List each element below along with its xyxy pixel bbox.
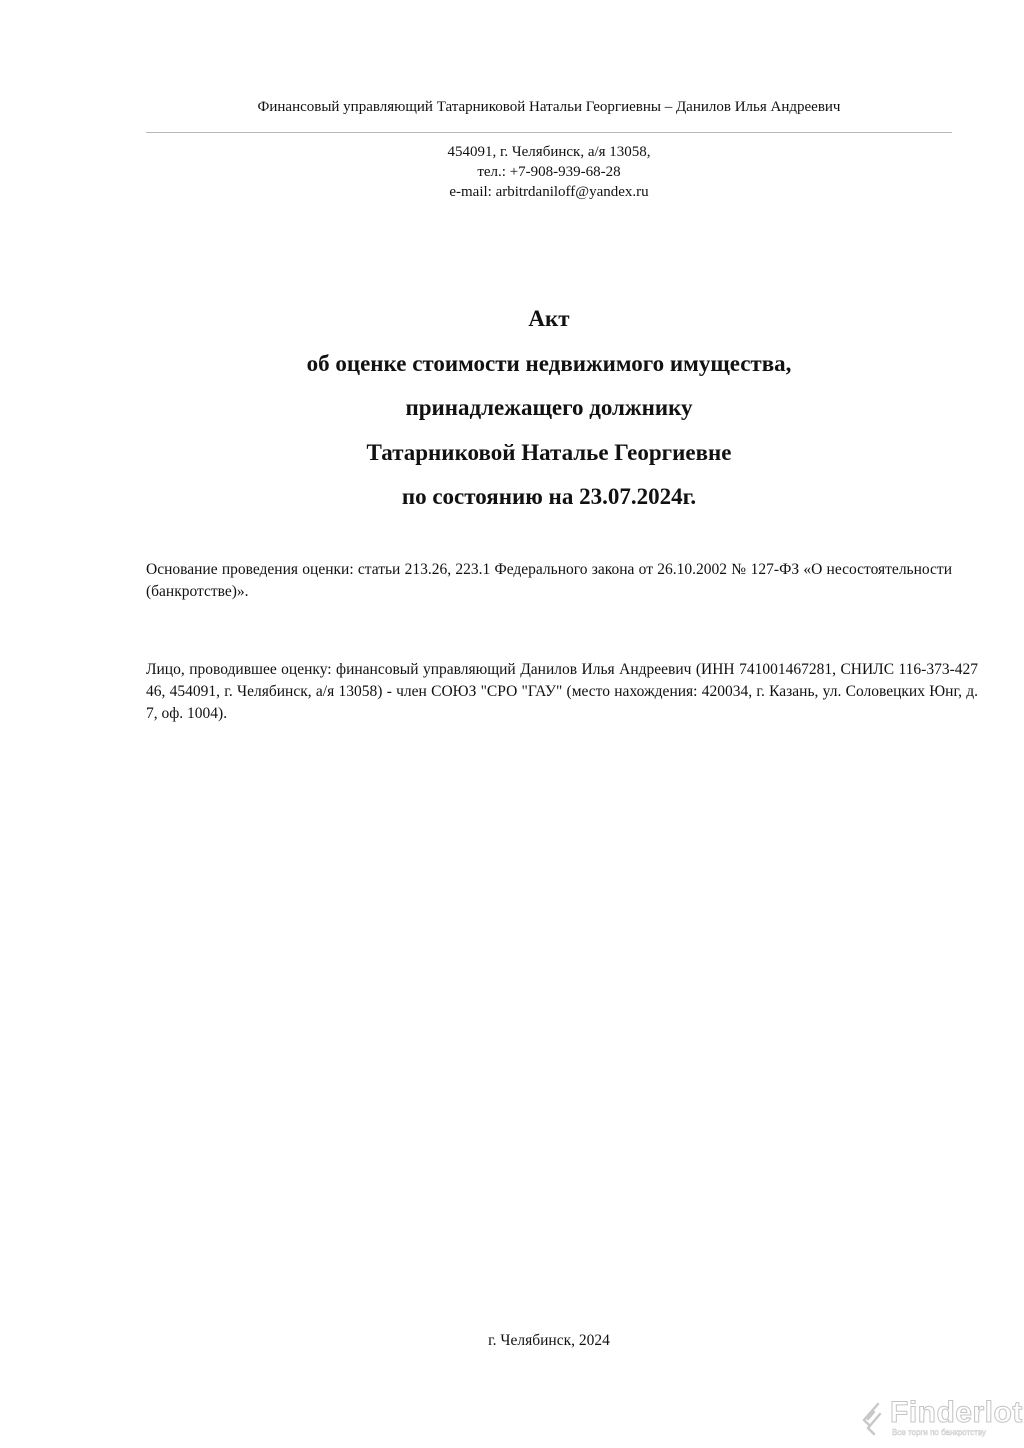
title-line-3: принадлежащего должнику xyxy=(146,386,952,431)
watermark-name: Finderlot xyxy=(890,1396,1023,1430)
header-title: Финансовый управляющий Татарниковой Ната… xyxy=(146,99,952,116)
title-line-4: Татарниковой Наталье Георгиевне xyxy=(146,431,952,476)
contact-block: 454091, г. Челябинск, а/я 13058, тел.: +… xyxy=(146,142,952,202)
finderlot-logo-icon xyxy=(860,1402,886,1436)
place-year: г. Челябинск, 2024 xyxy=(146,1332,952,1350)
phone: тел.: +7-908-939-68-28 xyxy=(146,162,952,182)
watermark-tagline: Все торги по банкротству xyxy=(892,1428,986,1437)
title-line-5: по состоянию на 23.07.2024г. xyxy=(146,475,952,520)
document-title: Акт об оценке стоимости недвижимого имущ… xyxy=(146,297,952,520)
watermark: Finderlot Все торги по банкротству xyxy=(860,1398,1020,1442)
basis-paragraph: Основание проведения оценки: статьи 213.… xyxy=(146,559,952,603)
email: e-mail: arbitrdaniloff@yandex.ru xyxy=(146,182,952,202)
title-line-1: Акт xyxy=(146,297,952,342)
appraiser-paragraph: Лицо, проводившее оценку: финансовый упр… xyxy=(146,659,978,725)
address: 454091, г. Челябинск, а/я 13058, xyxy=(146,142,952,162)
header-divider xyxy=(146,132,952,133)
title-line-2: об оценке стоимости недвижимого имуществ… xyxy=(146,342,952,387)
